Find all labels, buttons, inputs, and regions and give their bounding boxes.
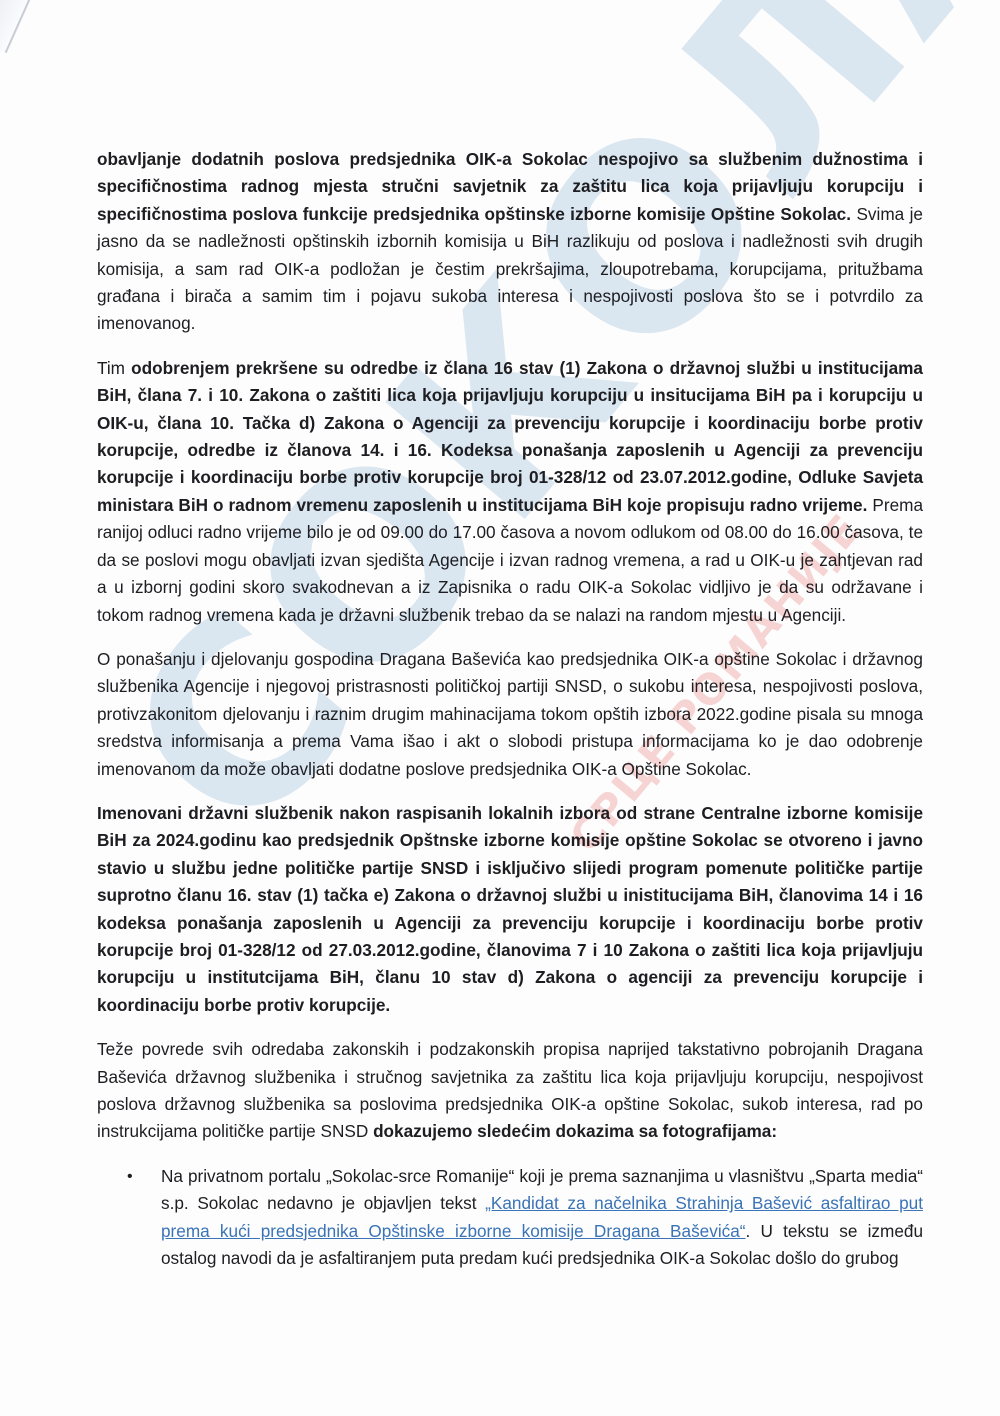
- document-body: obavljanje dodatnih poslova predsjednika…: [97, 146, 923, 1272]
- bold-text: dokazujemo sledećim dokazima sa fotograf…: [373, 1121, 777, 1141]
- text: Tim: [97, 358, 131, 378]
- page-corner-fold: [0, 0, 31, 53]
- paragraphs: obavljanje dodatnih poslova predsjednika…: [97, 146, 923, 1146]
- paragraph: Tim odobrenjem prekršene su odredbe iz č…: [97, 355, 923, 629]
- bold-text: obavljanje dodatnih poslova predsjednika…: [97, 149, 923, 224]
- text: O ponašanju i djelovanju gospodina Draga…: [97, 649, 923, 779]
- bullet-icon: •: [127, 1163, 133, 1190]
- evidence-list: •Na privatnom portalu „Sokolac-srce Roma…: [97, 1163, 923, 1273]
- paragraph: O ponašanju i djelovanju gospodina Draga…: [97, 646, 923, 783]
- bold-text: Imenovani državni službenik nakon raspis…: [97, 803, 923, 1015]
- list-item: •Na privatnom portalu „Sokolac-srce Roma…: [97, 1163, 923, 1273]
- paragraph: Teže povrede svih odredaba zakonskih i p…: [97, 1036, 923, 1146]
- bold-text: odobrenjem prekršene su odredbe iz člana…: [97, 358, 923, 515]
- paragraph: Imenovani državni službenik nakon raspis…: [97, 800, 923, 1019]
- paragraph: obavljanje dodatnih poslova predsjednika…: [97, 146, 923, 338]
